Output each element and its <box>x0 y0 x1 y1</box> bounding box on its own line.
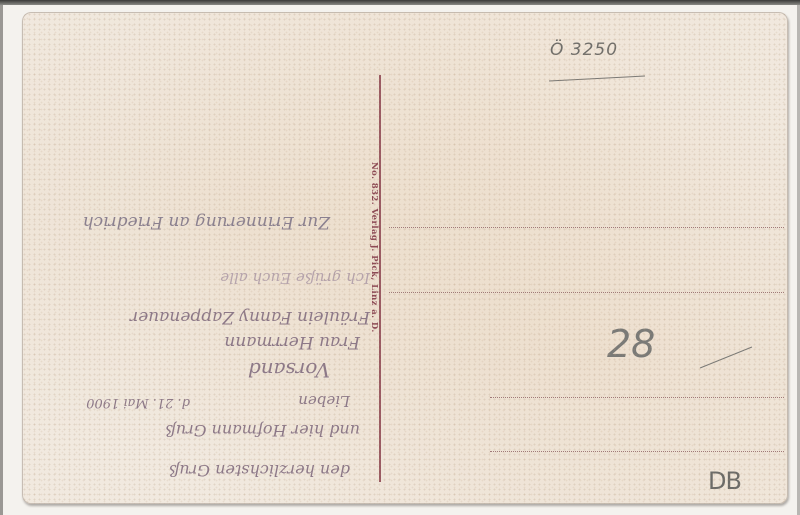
scanner-edge-left <box>0 5 3 515</box>
initials-note: DB <box>708 467 741 495</box>
handwritten-message: Zur Erinnerung an Friedrich Ich grüße Eu… <box>40 102 370 482</box>
message-line: Vorsand <box>248 358 330 382</box>
price-note: 28 <box>607 322 655 366</box>
address-line <box>389 292 784 293</box>
message-line: und hier Hofmann Gruß <box>165 421 360 440</box>
message-line: Frau Herrmann <box>224 332 360 352</box>
message-line: Lieben <box>298 392 350 410</box>
catalog-underline <box>549 75 645 81</box>
publisher-imprint: No. 832. Verlag J. Pick, Linz a. D. <box>369 162 379 333</box>
message-address-divider <box>379 75 381 482</box>
message-line: Ich grüße Euch alle <box>220 269 370 287</box>
message-line: Fräulein Fanny Zappenauer <box>130 307 370 327</box>
message-line: den herzlichsten Gruß <box>169 461 350 480</box>
address-line <box>490 397 784 398</box>
address-line <box>389 227 784 228</box>
message-line: Zur Erinnerung an Friedrich <box>83 212 330 232</box>
postcard-back: Zur Erinnerung an Friedrich Ich grüße Eu… <box>22 12 788 504</box>
scanner-edge-top <box>0 0 800 5</box>
message-line: d. 21. Mai 1900 <box>86 395 190 410</box>
catalog-number-note: Ö 3250 <box>550 40 618 60</box>
address-line <box>490 451 784 452</box>
price-dash <box>700 347 752 369</box>
